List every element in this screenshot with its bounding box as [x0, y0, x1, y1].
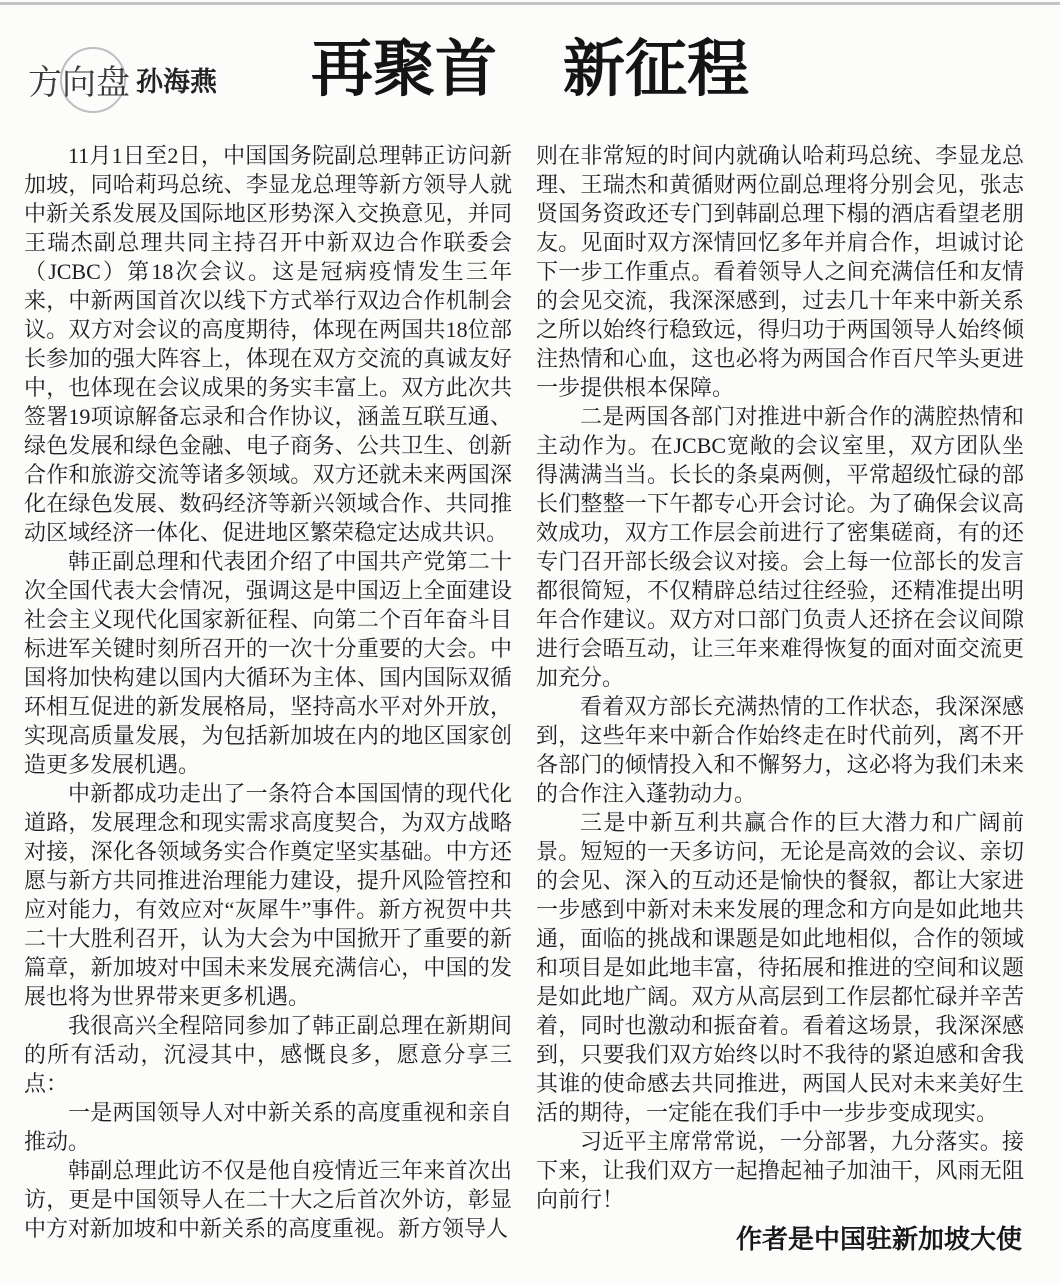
article-paragraph: 看着双方部长充满热情的工作状态，我深深感到，这些年来中新合作始终走在时代前列，离… [536, 692, 1024, 808]
article-title-part1: 再聚首 [311, 35, 497, 104]
article-paragraph: 中新都成功走出了一条符合本国国情的现代化道路，发展理念和现实需求高度契合，为双方… [24, 779, 512, 1011]
article-paragraph: 三是中新互利共赢合作的巨大潜力和广阔前景。短短的一天多访问，无论是高效的会议、亲… [536, 808, 1024, 1127]
article-paragraph: 韩正副总理和代表团介绍了中国共产党第二十次全国代表大会情况，强调这是中国迈上全面… [24, 547, 512, 779]
column-name: 方向盘 [28, 55, 130, 104]
author-name: 孙海燕 [136, 60, 217, 99]
article-paragraph: 则在非常短的时间内就确认哈莉玛总统、李显龙总理、王瑞杰和黄循财两位副总理将分别会… [536, 141, 1024, 402]
article-paragraph: 习近平主席常常说，一分部署，九分落实。接下来，让我们双方一起撸起袖子加油干，风雨… [536, 1127, 1024, 1214]
article-paragraph: 二是两国各部门对推进中新合作的满腔热情和主动作为。在JCBC宽敞的会议室里，双方… [536, 402, 1024, 692]
article-paragraph: 我很高兴全程陪同参加了韩正副总理在新期间的所有活动，沉浸其中，感慨良多，愿意分享… [24, 1011, 512, 1098]
newspaper-article-page: 方向盘 孙海燕 再聚首新征程 11月1日至2日，中国国务院副总理韩正访问新加坡，… [0, 0, 1060, 1284]
article-column-right: 则在非常短的时间内就确认哈莉玛总统、李显龙总理、王瑞杰和黄循财两位副总理将分别会… [536, 141, 1024, 1276]
article-paragraph: 一是两国领导人对中新关系的高度重视和亲自推动。 [24, 1098, 512, 1156]
byline: 作者是中国驻新加坡大使 [536, 1223, 1024, 1255]
article-paragraph: 11月1日至2日，中国国务院副总理韩正访问新加坡，同哈莉玛总统、李显龙总理等新方… [24, 141, 512, 547]
article-header: 方向盘 孙海燕 再聚首新征程 [0, 0, 1060, 148]
article-column-left: 11月1日至2日，中国国务院副总理韩正访问新加坡，同哈莉玛总统、李显龙总理等新方… [24, 141, 512, 1276]
article-body: 11月1日至2日，中国国务院副总理韩正访问新加坡，同哈莉玛总统、李显龙总理等新方… [24, 141, 1024, 1276]
article-paragraph: 韩副总理此访不仅是他自疫情近三年来首次出访，更是中国领导人在二十大之后首次外访，… [24, 1156, 512, 1243]
article-title-part2: 新征程 [563, 35, 749, 104]
